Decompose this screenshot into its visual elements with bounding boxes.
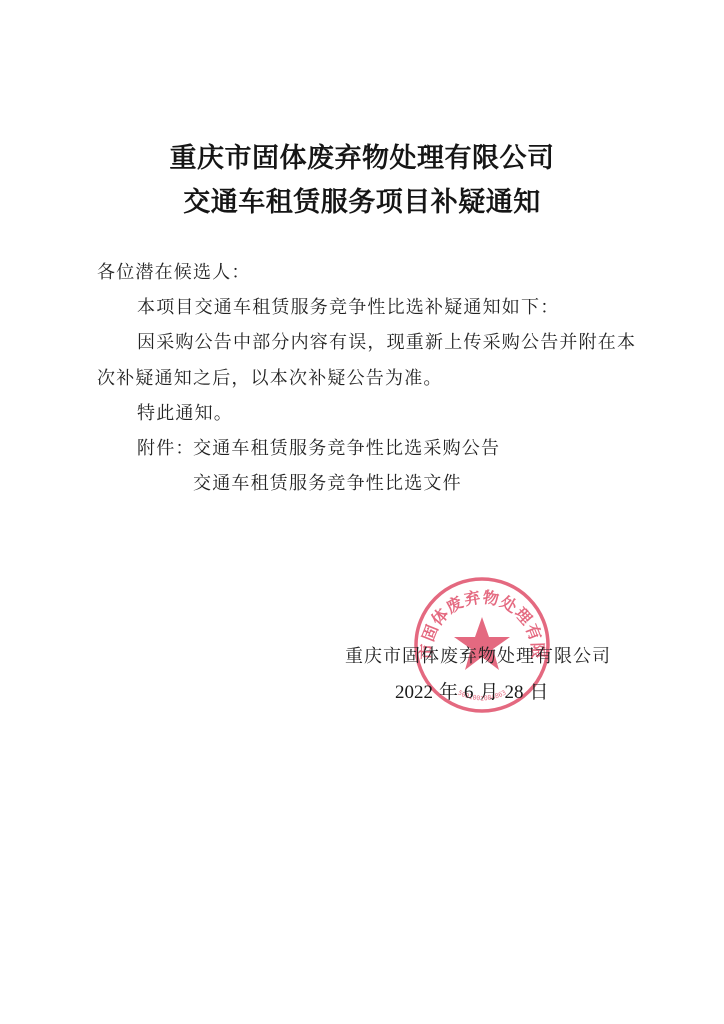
salutation: 各位潜在候选人： [97,262,251,284]
attachment-item-2: 交通车租赁服务竞争性比选文件 [193,473,462,495]
paragraph-1: 本项目交通车租赁服务竞争性比选补疑通知如下： [137,297,559,319]
date-year: 2022 [395,682,433,703]
attachment-item-1: 交通车租赁服务竞争性比选采购公告 [193,438,500,460]
date-month: 6 [464,682,474,703]
date-day: 28 [505,682,524,703]
date-month-unit: 月 [480,682,499,703]
signature-date: 2022年6月28日 [395,677,555,704]
paragraph-2-line1: 因采购公告中部分内容有误，现重新上传采购公告并附在本 [137,332,636,354]
date-year-unit: 年 [439,682,458,703]
document-title-line1: 重庆市固体废弃物处理有限公司 [0,136,724,175]
signature-organization: 重庆市固体废弃物处理有限公司 [345,642,611,668]
date-day-unit: 日 [530,682,549,703]
attachments-label: 附件： [137,438,195,460]
document-page: 重庆市固体废弃物处理有限公司 交通车租赁服务项目补疑通知 各位潜在候选人： 本项… [0,0,724,1024]
closing-remark: 特此通知。 [137,403,233,425]
paragraph-2-line2: 次补疑通知之后，以本次补疑公告为准。 [97,368,443,390]
document-title-line2: 交通车租赁服务项目补疑通知 [0,180,724,219]
